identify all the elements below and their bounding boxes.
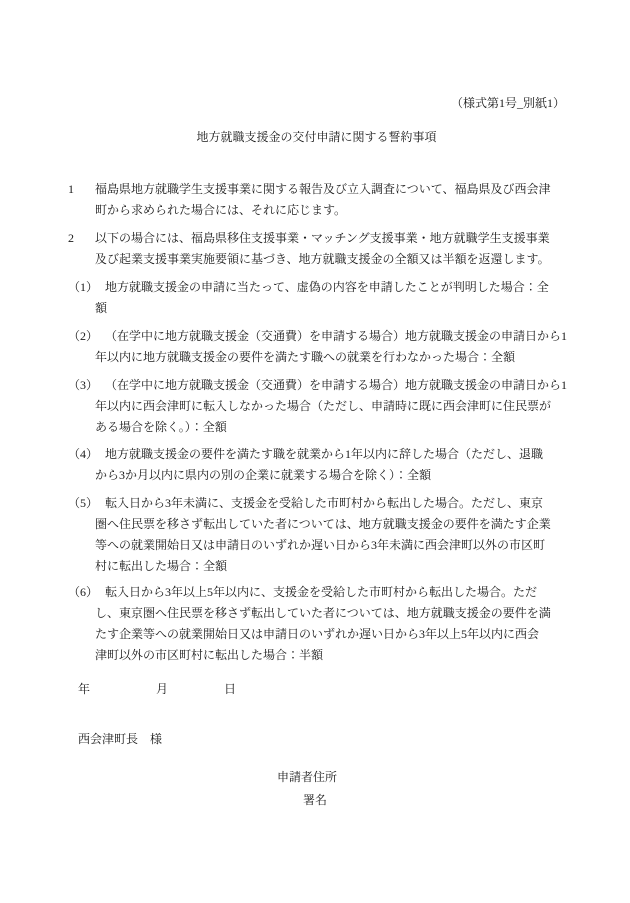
item-text: （在学中に地方就職支援金（交通費）を申請する場合）地方就職支援金の申請日から1 … xyxy=(95,329,567,364)
item-marker: （5） xyxy=(68,493,105,514)
return-case-6: （6）転入日から3年以上5年以内に、支援金を受給した市町村から転出した場合。ただ… xyxy=(68,582,565,666)
item-text: 地方就職支援金の要件を満たす職を就業から1年以内に辞した場合（ただし、退職 から… xyxy=(95,447,543,482)
pledge-item-1: 1福島県地方就職学生支援事業に関する報告及び立入調査について、福島県及び西会津 … xyxy=(68,179,565,221)
day-label: 日 xyxy=(224,682,236,696)
item-text: 地方就職支援金の申請に当たって、虚偽の内容を申請したことが判明した場合：全 額 xyxy=(95,280,549,315)
item-marker: （6） xyxy=(68,582,105,603)
year-label: 年 xyxy=(78,682,90,696)
return-case-4: （4）地方就職支援金の要件を満たす職を就業から1年以内に辞した場合（ただし、退職… xyxy=(68,444,565,486)
page-title: 地方就職支援金の交付申請に関する誓約事項 xyxy=(68,127,565,148)
form-number: （様式第1号_別紙1） xyxy=(68,93,565,114)
pledge-item-2: 2以下の場合には、福島県移住支援事業・マッチング支援事業・地方就職学生支援事業 … xyxy=(68,228,565,270)
return-case-5: （5）転入日から3年未満に、支援金を受給した市町村から転出した場合。ただし、東京… xyxy=(68,493,565,577)
item-marker: （2） xyxy=(68,326,105,347)
item-text: （在学中に地方就職支援金（交通費）を申請する場合）地方就職支援金の申請日から1 … xyxy=(95,378,567,434)
return-case-1: （1）地方就職支援金の申請に当たって、虚偽の内容を申請したことが判明した場合：全… xyxy=(68,277,565,319)
applicant-address-label: 申請者住所 xyxy=(277,767,565,788)
item-marker: 1 xyxy=(68,179,95,200)
month-label: 月 xyxy=(156,682,168,696)
addressee: 西会津町長 様 xyxy=(68,729,565,750)
date-line: 年月日 xyxy=(68,679,565,700)
item-text: 転入日から3年未満に、支援金を受給した市町村から転出した場合。ただし、東京 圏へ… xyxy=(95,496,551,573)
item-marker: （4） xyxy=(68,444,105,465)
signature-label: 署名 xyxy=(303,790,565,811)
document-content: （様式第1号_別紙1） 地方就職支援金の交付申請に関する誓約事項 1福島県地方就… xyxy=(0,0,630,811)
item-text: 福島県地方就職学生支援事業に関する報告及び立入調査について、福島県及び西会津 町… xyxy=(95,182,551,217)
item-text: 以下の場合には、福島県移住支援事業・マッチング支援事業・地方就職学生支援事業 及… xyxy=(95,231,550,266)
return-case-2: （2）（在学中に地方就職支援金（交通費）を申請する場合）地方就職支援金の申請日か… xyxy=(68,326,565,368)
item-marker: 2 xyxy=(68,228,95,249)
return-case-3: （3）（在学中に地方就職支援金（交通費）を申請する場合）地方就職支援金の申請日か… xyxy=(68,375,565,438)
document-page: （様式第1号_別紙1） 地方就職支援金の交付申請に関する誓約事項 1福島県地方就… xyxy=(0,0,630,903)
item-marker: （1） xyxy=(68,277,105,298)
item-text: 転入日から3年以上5年以内に、支援金を受給した市町村から転出した場合。ただ し、… xyxy=(95,585,551,662)
item-marker: （3） xyxy=(68,375,105,396)
